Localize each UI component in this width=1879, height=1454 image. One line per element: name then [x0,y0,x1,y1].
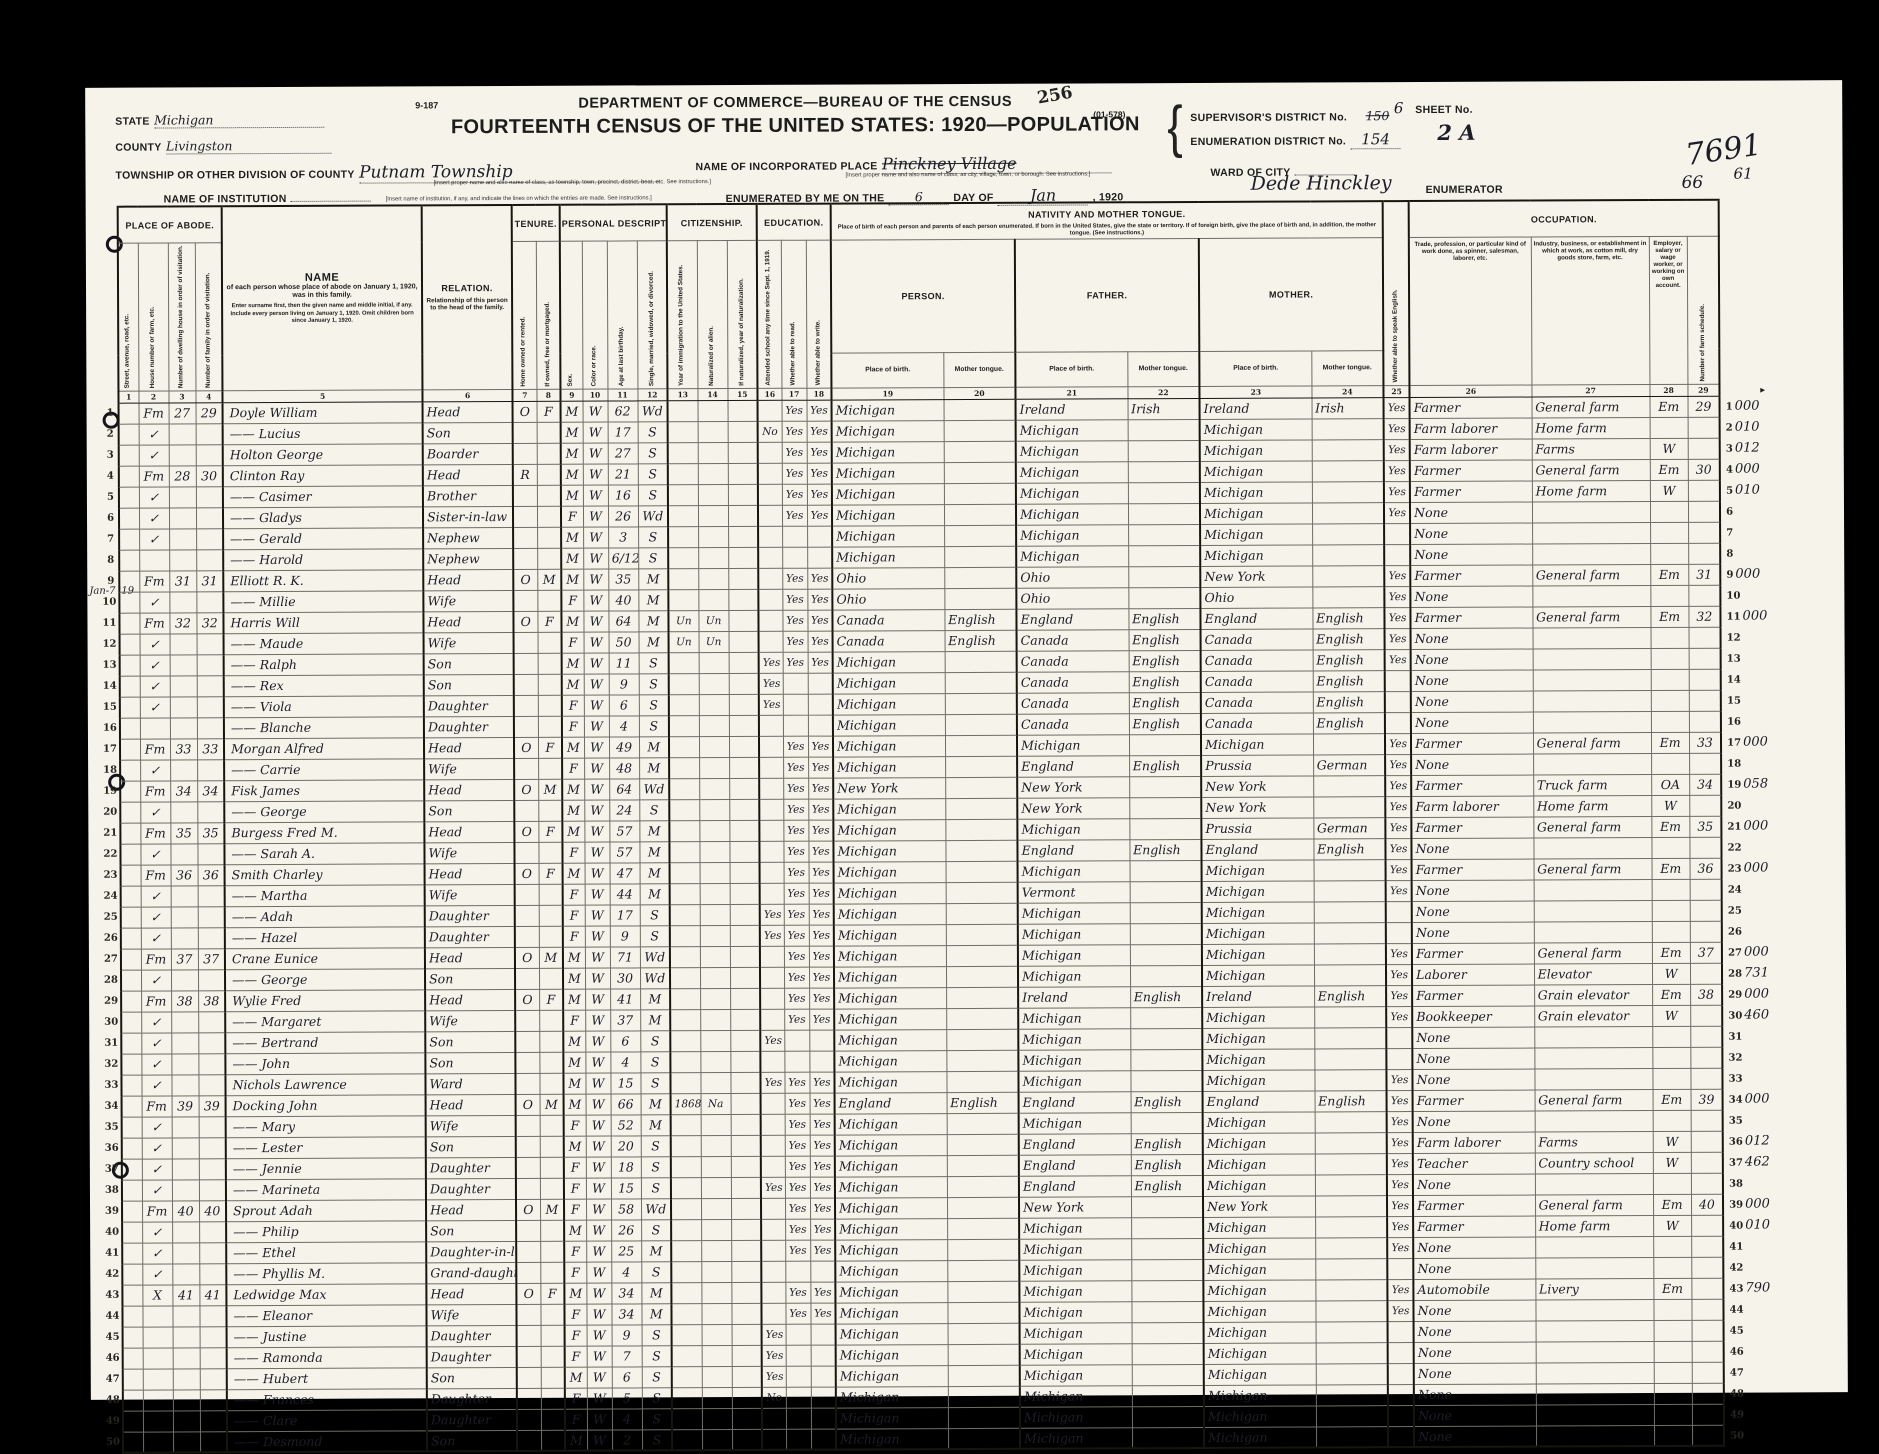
cell-relation: Daughter [427,1388,517,1409]
cell-mortgage [538,674,562,695]
cell-street [120,739,140,760]
cell-sex: M [563,947,585,968]
cell-family: 31 [196,571,223,592]
cell-family [198,970,225,991]
cell-mother-tongue: English [1315,1091,1387,1112]
line-number-gutter [98,207,119,403]
cell-color: W [587,1346,612,1367]
cell-industry [1536,1320,1654,1342]
cell-street [120,697,140,718]
cell-marital: M [639,842,669,863]
cell-occupation: Farmer [1411,733,1533,755]
cell-english [1385,691,1411,712]
cell-immigration-year [671,1262,701,1283]
col-age: Age at last birthday. [607,241,638,389]
cell-farm: ✓ [140,634,170,655]
cell-family [199,1264,226,1285]
col-sex: Sex. [560,241,583,389]
cell-immigration-year [669,842,699,863]
cell-name: Burgess Fred M. [224,822,424,844]
cell-father-tongue [1129,797,1201,818]
cell-mother-tongue: English [1313,629,1385,650]
cell-mortgage [537,506,561,527]
cell-farm-schedule [1688,480,1720,501]
cell-marital: S [640,1073,670,1094]
cell-father-birthplace: Ohio [1016,588,1128,609]
cell-father-birthplace: Michigan [1019,1113,1131,1134]
cell-mother-tongue [945,735,1017,756]
cell-name: Wylie Fred [225,990,425,1012]
cell-write: Yes [808,757,833,778]
cell-sex: M [561,422,583,443]
cell-occupation: Farmer [1413,1090,1535,1112]
cell-read: Yes [785,1135,810,1156]
cell-mother-tongue [948,1386,1020,1407]
cell-dwelling [172,1243,199,1264]
cell-school [762,1303,786,1324]
cell-sex: M [563,968,585,989]
cell-naturalization-year [728,610,758,631]
cell-father-tongue [1128,503,1200,524]
cell-english: Yes [1387,1216,1413,1237]
cell-relation: Head [424,821,514,842]
cell-street [121,949,141,970]
line-number: 42 [102,1264,122,1285]
cell-naturalization-year [729,799,759,820]
cell-family [198,907,225,928]
cell-color: W [583,464,608,485]
cell-father-birthplace: Michigan [1016,546,1128,567]
cell-age: 26 [608,506,638,527]
cell-school [760,946,784,967]
corner-sub2: 61 [1733,165,1752,183]
cell-mother-tongue [947,1176,1019,1197]
col-home-owned: Home owned or rented. [512,242,537,390]
cell-employer [1651,627,1689,648]
cell-family: 36 [198,865,225,886]
col-street: Street, avenue, road, etc. [118,243,139,391]
cell-employer [1654,1383,1692,1404]
cell-read: Yes [784,988,809,1009]
township-note: [Insert proper name and also name of cla… [434,179,774,186]
cell-mother-tongue [1314,902,1386,923]
cell-farm: Fm [142,1201,172,1222]
supervisor-district-label: SUPERVISOR'S DISTRICT No. [1190,111,1347,124]
line-number: 38 [102,1180,122,1201]
cell-school [761,1282,785,1303]
cell-mother-birthplace: Michigan [1203,1259,1315,1280]
cell-family: 40 [199,1201,226,1222]
cell-naturalized [701,1198,731,1219]
cell-name: —— Ethel [226,1242,426,1264]
cell-mortgage [539,926,563,947]
cell-color: W [584,653,609,674]
cell-school: Yes [762,1366,786,1387]
line-number: 5 [99,487,119,508]
cell-color: W [585,1073,610,1094]
cell-relation: Daughter [424,716,514,737]
cell-relation: Head [423,611,513,632]
cell-mother-tongue [945,798,1017,819]
col-attended-school: Attended school any time since Sept. 1, … [757,240,782,388]
cell-father-birthplace: England [1019,1176,1131,1197]
cell-sex: M [564,1220,586,1241]
cell-father-tongue: English [1129,629,1201,650]
cell-mother-tongue [1315,1280,1387,1301]
cell-farm-schedule [1690,837,1722,858]
cell-name: —— Hazel [225,927,425,949]
cell-marital: S [641,1220,671,1241]
cell-sex: M [561,401,583,422]
cell-mortgage [539,1052,563,1073]
cell-school [761,1135,785,1156]
cell-naturalization-year [730,1072,760,1093]
cell-color: W [585,947,610,968]
cell-father-tongue [1130,1007,1202,1028]
cell-name: —— Viola [224,696,424,718]
cell-employer: Em [1650,459,1688,480]
cell-home-owned: O [513,611,537,632]
cell-mother-tongue [945,777,1017,798]
cell-sex: M [564,1094,586,1115]
cell-birthplace: Michigan [836,1344,948,1365]
cell-marital: S [639,800,669,821]
cell-naturalization-year [732,1366,762,1387]
cell-relation: Head [424,779,514,800]
cell-industry [1535,1236,1653,1258]
cell-birthplace: Ohio [832,589,944,610]
cell-mortgage [538,800,562,821]
cell-mortgage [540,1178,564,1199]
cell-marital: S [638,464,668,485]
cell-write: Yes [810,1135,835,1156]
line-number: 20 [100,802,120,823]
cell-birthplace: Michigan [834,966,946,987]
cell-occupation: Farm laborer [1410,439,1532,461]
cell-relation: Wife [424,842,514,863]
cell-father-birthplace: Michigan [1020,1344,1132,1365]
cell-name: —— Ralph [224,654,424,676]
cell-mortgage [541,1346,565,1367]
cell-home-owned [515,1031,539,1052]
cell-color: W [586,1115,611,1136]
cell-mother-tongue [1313,776,1385,797]
cell-employer: Em [1653,1089,1691,1110]
cell-english: Yes [1387,1237,1413,1258]
margin-number: 21000 [1721,816,1769,837]
margin-number: 37462 [1723,1152,1771,1173]
cell-industry: Truck farm [1533,774,1651,796]
line-number: 15 [100,697,120,718]
cell-name: —— George [225,969,425,991]
cell-farm [143,1327,173,1348]
line-number: 4 [99,466,119,487]
cell-sex: M [563,1073,585,1094]
cell-father-birthplace: England [1019,1155,1131,1176]
cell-father-birthplace: Michigan [1020,1365,1132,1386]
cell-naturalized [698,589,728,610]
cell-farm-schedule [1692,1383,1724,1404]
cell-street [120,676,140,697]
cell-employer [1651,711,1689,732]
cell-industry [1535,1110,1653,1132]
cell-birthplace: Canada [833,631,945,652]
cell-farm: ✓ [140,760,170,781]
cell-dwelling [173,1369,200,1390]
cell-age: 20 [611,1136,641,1157]
cell-immigration-year [671,1115,701,1136]
cell-father-birthplace: Michigan [1020,1386,1132,1407]
county-value: Livingston [166,138,331,155]
cell-father-birthplace: Michigan [1019,1281,1131,1302]
cell-occupation: None [1413,1069,1535,1091]
cell-employer [1650,522,1688,543]
cell-write: Yes [809,883,834,904]
cell-mother-tongue [944,546,1016,567]
cell-father-birthplace: Michigan [1017,819,1129,840]
cell-school: Yes [759,673,783,694]
cell-dwelling [172,1264,199,1285]
cell-read: Yes [782,589,807,610]
cell-industry: Grain elevator [1534,984,1652,1006]
cell-father-birthplace: Michigan [1020,1302,1132,1323]
cell-father-birthplace: Michigan [1019,1260,1131,1281]
cell-mother-tongue [945,693,1017,714]
group-mother: MOTHER. [1199,238,1384,351]
cell-street [119,508,139,529]
cell-name: —— Justine [227,1326,427,1348]
cell-father-tongue [1131,1280,1203,1301]
cell-occupation: None [1413,1111,1535,1133]
col-able-read: Whether able to read. [781,240,807,388]
cell-color: W [586,1136,611,1157]
cell-mortgage [538,758,562,779]
cell-immigration-year [672,1346,702,1367]
cell-immigration-year: 1868 [671,1094,701,1115]
cell-industry: General farm [1532,564,1650,586]
cell-farm: ✓ [140,655,170,676]
cell-birthplace: Michigan [835,1134,947,1155]
cell-farm-schedule [1689,795,1721,816]
cell-father-birthplace: Michigan [1018,945,1130,966]
cell-school [762,1408,786,1429]
line-number: 33 [101,1075,121,1096]
cell-relation: Daughter-in-law [426,1241,516,1262]
cell-english: Yes [1387,1153,1413,1174]
cell-sex: F [562,842,584,863]
cell-employer: Em [1653,1194,1691,1215]
cell-occupation: Farmer [1410,565,1532,587]
cell-english: Yes [1385,628,1411,649]
cell-read: Yes [785,1198,810,1219]
cell-dwelling [169,508,196,529]
cell-family [198,1075,225,1096]
cell-dwelling [170,760,197,781]
cell-dwelling [170,802,197,823]
mother-mother-tongue: Mother tongue. [1311,350,1383,386]
cell-name: —— Carrie [224,759,424,781]
cell-english: Yes [1384,481,1410,502]
cell-birthplace: Michigan [835,1155,947,1176]
cell-write: Yes [807,421,832,442]
line-number: 21 [100,823,120,844]
cell-mother-tongue [948,1407,1020,1428]
margin-number: 32 [1722,1047,1770,1068]
cell-naturalization-year [728,526,758,547]
cell-mother-tongue: Irish [1312,398,1384,419]
cell-dwelling [170,844,197,865]
group-father: FATHER. [1015,239,1199,352]
cell-mortgage [539,884,563,905]
cell-write: Yes [808,652,833,673]
cell-school [758,547,782,568]
cell-father-tongue [1131,1238,1203,1259]
cell-farm [139,550,169,571]
cell-relation: Head [425,947,515,968]
cell-english: Yes [1387,1069,1413,1090]
margin-number: 34000 [1723,1089,1771,1110]
cell-farm: Fm [140,823,170,844]
cell-english [1388,1405,1414,1426]
cell-mortgage [539,1031,563,1052]
cell-name: Harris Will [223,612,423,634]
cell-birthplace: Michigan [834,945,946,966]
cell-relation: Nephew [423,527,513,548]
cell-mother-tongue [1316,1301,1388,1322]
cell-read: Yes [782,568,807,589]
cell-age: 27 [608,443,638,464]
cell-family [198,886,225,907]
cell-father-tongue [1130,1028,1202,1049]
cell-read [782,526,807,547]
cell-farm-schedule [1689,648,1721,669]
cell-school [760,1009,784,1030]
cell-home-owned [516,1262,540,1283]
cell-name: —— Sarah A. [224,843,424,865]
cell-name: —— Lester [226,1137,426,1159]
cell-birthplace: Michigan [833,756,945,777]
line-number: 18 [100,760,120,781]
cell-mother-birthplace: Michigan [1200,503,1312,524]
margin-number: 26 [1722,921,1770,942]
line-number: 41 [102,1243,122,1264]
cell-industry: Home farm [1532,417,1650,439]
cell-naturalized [698,526,728,547]
cell-school [761,1093,785,1114]
cell-sex: F [563,926,585,947]
cell-father-tongue [1128,482,1200,503]
cell-employer [1652,879,1690,900]
cell-father-birthplace: New York [1017,777,1129,798]
cell-mother-tongue: English [1313,608,1385,629]
cell-immigration-year [668,590,698,611]
cell-sex: M [563,989,585,1010]
cell-relation: Ward [425,1073,515,1094]
cell-employer [1651,690,1689,711]
cell-dwelling [171,1075,198,1096]
margin-number: 23000 [1722,858,1770,879]
cell-naturalized: Na [701,1093,731,1114]
cell-industry [1533,648,1651,670]
cell-english [1388,1384,1414,1405]
cell-employer [1654,1299,1692,1320]
cell-father-tongue [1130,965,1202,986]
cell-home-owned [513,527,537,548]
cell-sex: F [565,1304,587,1325]
cell-marital: M [638,611,668,632]
cell-father-tongue [1131,1070,1203,1091]
cell-industry [1534,1047,1652,1069]
cell-marital: M [642,1304,672,1325]
margin-number: 25 [1722,900,1770,921]
cell-street [122,1264,142,1285]
cell-father-birthplace: New York [1017,798,1129,819]
cell-dwelling [169,424,196,445]
cell-employer [1651,753,1689,774]
cell-dwelling [171,886,198,907]
cell-mother-tongue [944,483,1016,504]
cell-mother-tongue [1315,1175,1387,1196]
cell-mother-birthplace: Michigan [1201,734,1313,755]
cell-home-owned [514,695,538,716]
cell-father-tongue [1131,1217,1203,1238]
cell-name: Docking John [226,1095,426,1117]
cell-color: W [584,716,609,737]
cell-age: 41 [610,989,640,1010]
cell-father-tongue [1132,1301,1204,1322]
cell-name: Sprout Adah [226,1200,426,1222]
cell-immigration-year [670,884,700,905]
line-number: 27 [101,949,121,970]
cell-mother-tongue [1316,1322,1388,1343]
cell-family [196,424,223,445]
cell-home-owned [513,485,537,506]
cell-mortgage: F [537,401,561,422]
cell-mother-birthplace: Michigan [1202,944,1314,965]
cell-mortgage [537,548,561,569]
cell-age: 34 [611,1283,641,1304]
cell-birthplace: Michigan [835,1260,947,1281]
cell-farm-schedule [1692,1404,1724,1425]
cell-farm-schedule [1692,1341,1724,1362]
cell-mother-tongue [947,1218,1019,1239]
cell-read [783,673,808,694]
cell-read: Yes [784,1009,809,1030]
cell-naturalized [702,1387,732,1408]
census-title: FOURTEENTH CENSUS OF THE UNITED STATES: … [415,113,1175,139]
cell-naturalization-year [728,547,758,568]
cell-occupation: Farmer [1411,775,1533,797]
cell-read: Yes [784,967,809,988]
cell-write: Yes [808,736,833,757]
cell-marital: Wd [638,506,668,527]
cell-dwelling [171,970,198,991]
cell-dwelling: 35 [170,823,197,844]
cell-mother-birthplace: Michigan [1203,1133,1315,1154]
cell-mother-tongue [948,1365,1020,1386]
cell-mother-tongue: English [1313,713,1385,734]
cell-mortgage [541,1388,565,1409]
cell-mother-tongue: English [945,609,1017,630]
cell-read [786,1324,811,1345]
margin-number: 6 [1720,501,1768,522]
cell-english: Yes [1384,502,1410,523]
cell-name: —— Maude [224,633,424,655]
cell-school [759,799,783,820]
cell-write: Yes [807,568,832,589]
cell-employer: W [1653,1215,1691,1236]
cell-mortgage: M [539,947,563,968]
